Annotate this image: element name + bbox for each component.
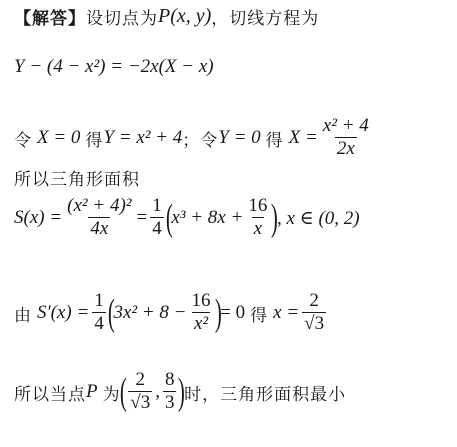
intro-text: 设切点为 (86, 4, 158, 29)
quarter-coef-2: 1 4 (92, 291, 106, 336)
y-intercept: Y = x² + 4 (103, 127, 182, 149)
derivative-rhs: = 0 (220, 302, 245, 324)
by-text: 由 (14, 301, 32, 326)
right-paren: ) (271, 199, 278, 237)
tangent-equation: Y − (4 − x²) = −2x(X − x) (14, 56, 214, 78)
solution-intro-line: 【解答】 设切点为 P(x, y) ，切线方程为 (14, 4, 319, 29)
let-text: 令 (14, 126, 32, 151)
area-text: 所以三角形面积 (14, 165, 140, 190)
left-paren: ( (166, 199, 173, 237)
inner-fraction: 16 x (246, 196, 269, 241)
area-lhs: S(x) = (14, 207, 62, 229)
derivative-lhs: S′(x) = (37, 302, 89, 324)
derivative-inner: 3x² + 8 − (113, 302, 186, 324)
critical-point-fraction: 2 √3 (302, 291, 326, 336)
solution-heading: 【解答】 (14, 4, 86, 29)
conclusion-line: 所以当点 P 为 ( 2 √3 , 8 3 ) 时，三角形面积最小 (14, 370, 346, 415)
coord-x: 2 √3 (128, 370, 152, 415)
get-text-3: 得 (250, 301, 268, 326)
domain: , x ∈ (0, 2) (277, 207, 360, 230)
derivative-inner-fraction: 16 x² (190, 291, 213, 336)
separator: ； (182, 126, 200, 151)
area-inner: x³ + 8x + (171, 207, 243, 229)
area-fraction: (x² + 4)² 4x (65, 196, 133, 241)
get-text-2: 得 (266, 126, 284, 151)
conclusion-post: 时，三角形面积最小 (184, 380, 346, 405)
x-intercept-fraction: x² + 4 2x (321, 116, 371, 161)
is-text: 为 (103, 380, 121, 405)
condition-x: X = 0 (37, 127, 80, 149)
condition-y: Y = 0 (218, 127, 260, 149)
point-p: P (86, 381, 98, 403)
get-text: 得 (85, 126, 103, 151)
equals: = (136, 207, 147, 229)
critical-point-lhs: x = (273, 302, 299, 324)
intercepts-line: 令 X = 0 得 Y = x² + 4 ； 令 Y = 0 得 X = x² … (14, 116, 374, 161)
quarter-coef: 1 4 (150, 196, 164, 241)
coord-y: 8 3 (163, 370, 177, 415)
x-intercept-lhs: X = (289, 127, 318, 149)
derivative-line: 由 S′(x) = 1 4 ( 3x² + 8 − 16 x² ) = 0 得 … (14, 291, 329, 336)
conclusion-pre: 所以当点 (14, 380, 86, 405)
intro-text-post: ，切线方程为 (211, 4, 319, 29)
tangent-point: P(x, y) (158, 5, 211, 28)
area-function: S(x) = (x² + 4)² 4x = 1 4 ( x³ + 8x + 16… (14, 196, 360, 241)
let-text-2: 令 (200, 126, 218, 151)
